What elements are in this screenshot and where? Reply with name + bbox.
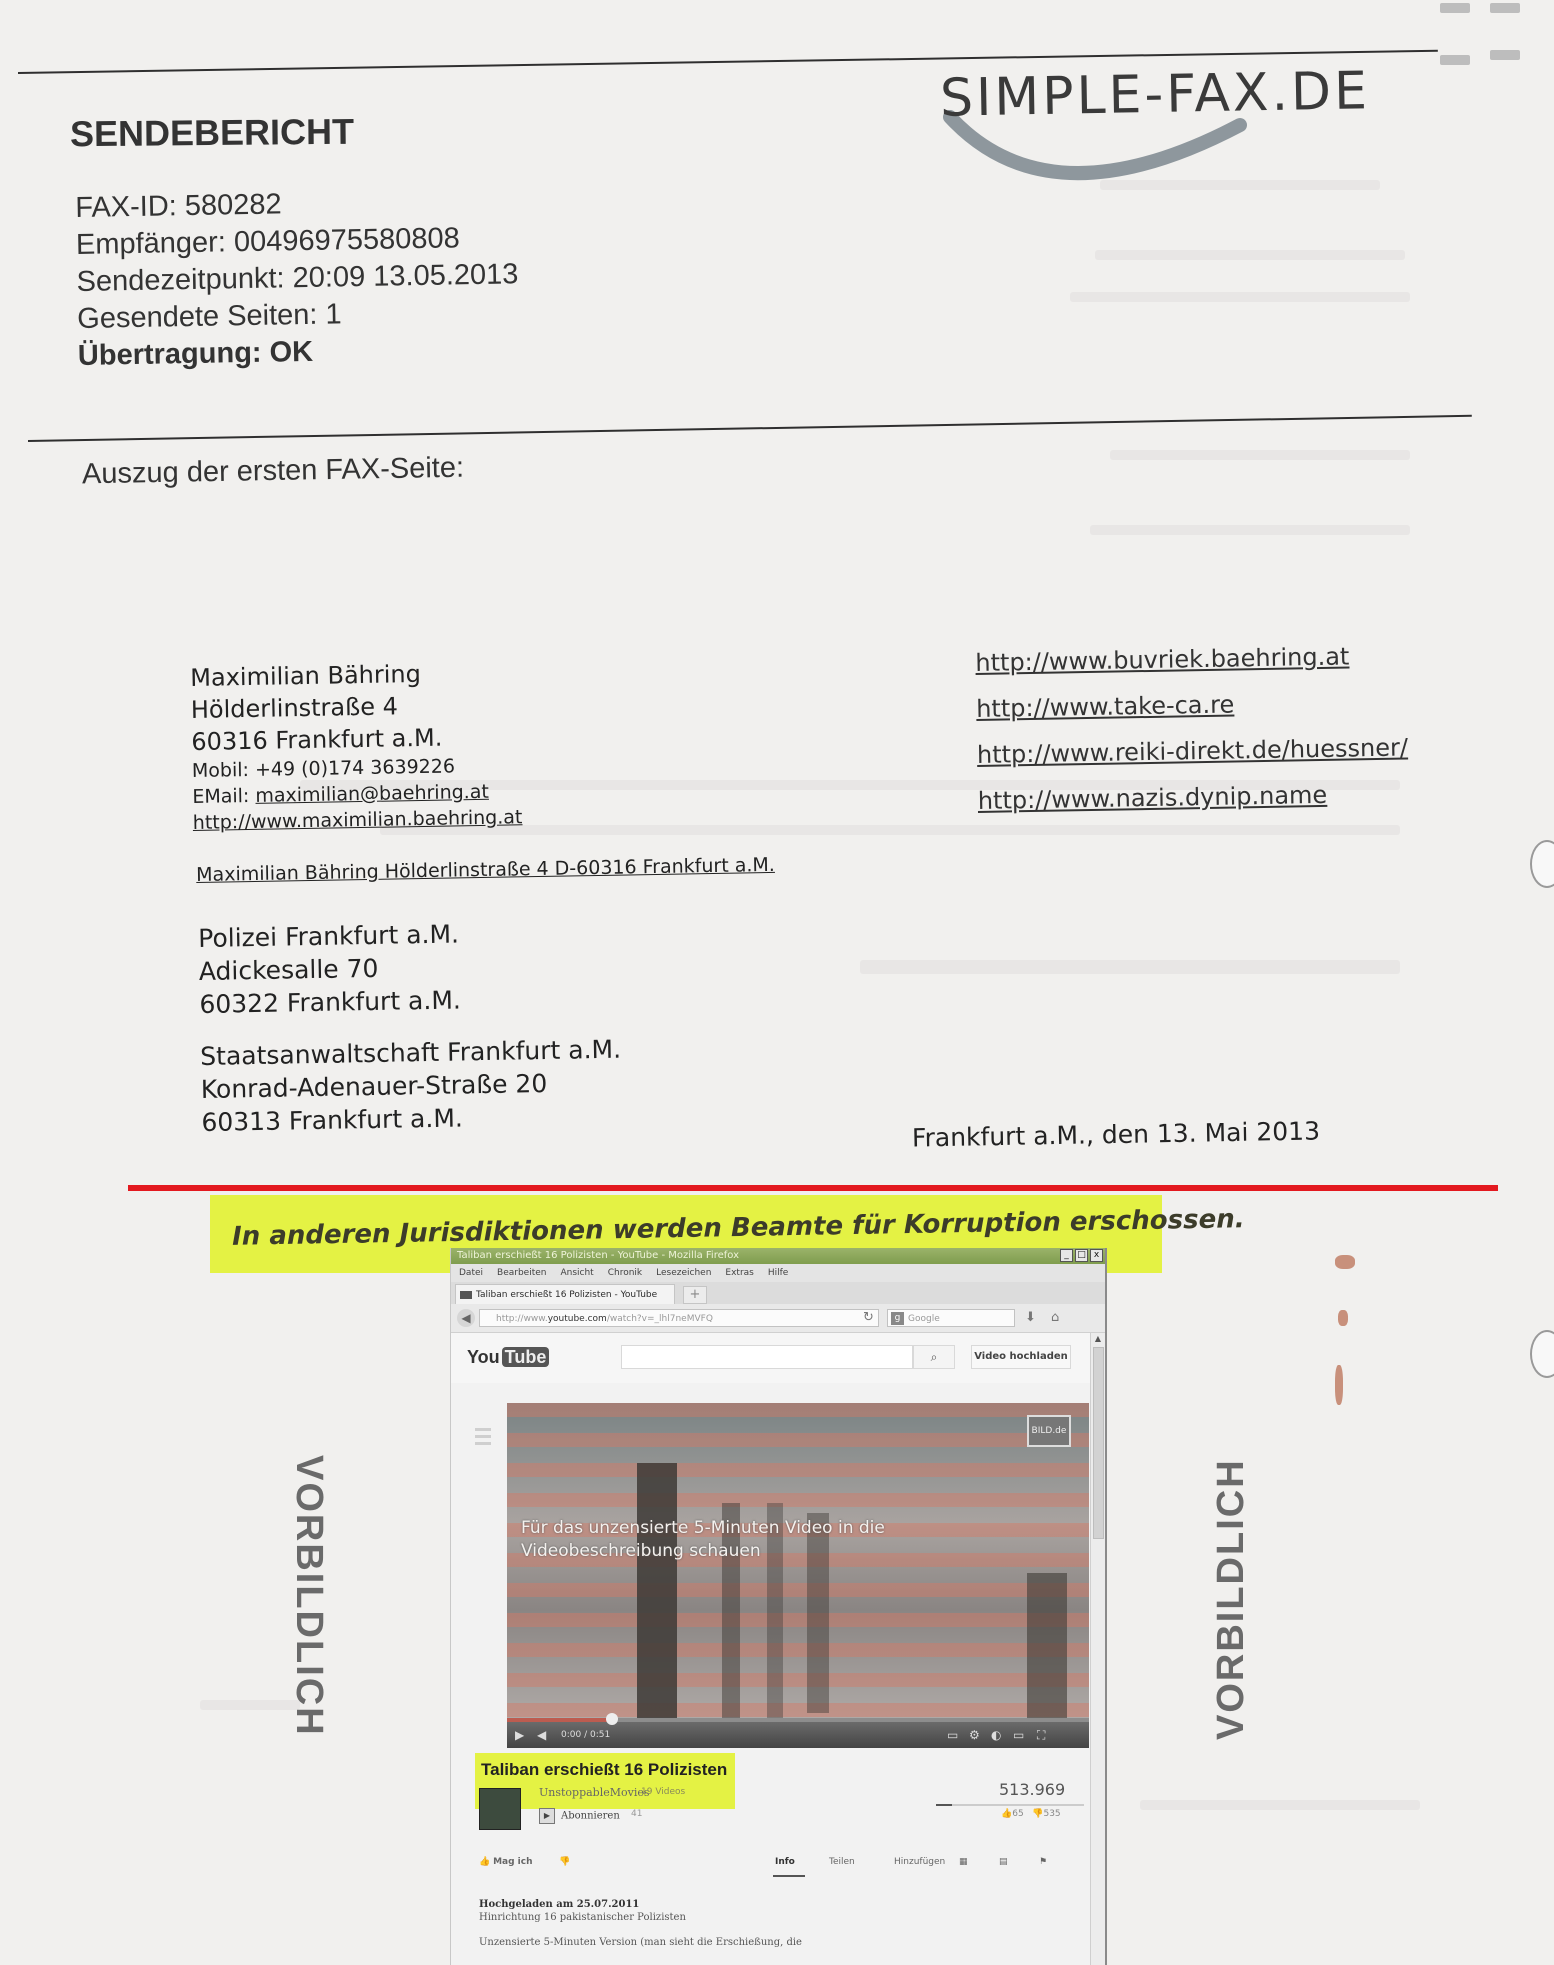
video-player[interactable]: BILD.de Für das unzensierte 5-Minuten Vi… — [507, 1403, 1089, 1748]
punch-hole — [1530, 840, 1554, 888]
play-icon[interactable]: ▶ — [515, 1728, 524, 1742]
menu-datei[interactable]: Datei — [459, 1264, 483, 1282]
video-frame-figure — [1027, 1573, 1067, 1723]
logo-text: SIMPLE-FAX.DE — [940, 61, 1371, 128]
channel-video-count: 19 Videos — [641, 1787, 685, 1797]
home-icon[interactable]: ⌂ — [1051, 1310, 1059, 1325]
menu-lesezeichen[interactable]: Lesezeichen — [656, 1264, 711, 1282]
like-dislike-counts: 👍65 👎535 — [1001, 1809, 1061, 1819]
minimize-button[interactable]: _ — [1060, 1249, 1073, 1262]
send-time: Sendezeitpunkt: 20:09 13.05.2013 — [76, 256, 518, 301]
theater-mode-icon[interactable]: ▭ — [1013, 1728, 1024, 1742]
channel-avatar[interactable] — [479, 1788, 521, 1830]
youtube-search-input[interactable] — [621, 1345, 913, 1369]
search-icon[interactable]: ⌕ — [913, 1345, 955, 1369]
stain-mark — [1335, 1255, 1355, 1269]
scroll-thumb[interactable] — [1093, 1347, 1104, 1539]
channel-name[interactable]: UnstoppableMovies — [539, 1786, 650, 1799]
new-tab-button[interactable]: + — [683, 1286, 707, 1304]
menu-chronik[interactable]: Chronik — [608, 1264, 642, 1282]
thumbs-down-icon: 👎 — [1032, 1809, 1043, 1819]
scrub-handle[interactable] — [606, 1713, 618, 1725]
menu-extras[interactable]: Extras — [725, 1264, 753, 1282]
back-arrow-icon[interactable]: ◀ — [457, 1309, 475, 1327]
side-label-right: VORBILDLICH — [1210, 1458, 1253, 1740]
video-title: Taliban erschießt 16 Polizisten — [481, 1760, 727, 1780]
divider — [28, 415, 1472, 442]
menu-ansicht[interactable]: Ansicht — [560, 1264, 593, 1282]
captions-icon[interactable]: ▭ — [947, 1728, 958, 1742]
bleed-through-text — [860, 960, 1400, 974]
scrollbar[interactable]: ▲ — [1090, 1333, 1105, 1965]
recipient-prosecutor: Staatsanwaltschaft Frankfurt a.M. Konrad… — [200, 1033, 622, 1139]
progress-fill — [507, 1718, 612, 1722]
tab-info[interactable]: Info — [775, 1857, 795, 1867]
reload-icon[interactable]: ↻ — [863, 1310, 874, 1325]
scan-mark — [1490, 50, 1520, 60]
youtube-header: YouTube ⌕ Video hochladen — [451, 1333, 1091, 1383]
dislike-button[interactable]: 👎 — [559, 1857, 570, 1867]
browser-window: Taliban erschießt 16 Polizisten - YouTub… — [450, 1248, 1107, 1965]
bleed-through-text — [200, 1700, 300, 1710]
tab-share[interactable]: Teilen — [829, 1857, 855, 1867]
subscriber-count: 41 — [631, 1809, 642, 1819]
bleed-through-text — [1095, 250, 1405, 260]
like-ratio-bar — [936, 1804, 1084, 1806]
youtube-logo[interactable]: YouTube — [467, 1347, 549, 1368]
banner-text: In anderen Jurisdiktionen werden Beamte … — [232, 1204, 1245, 1252]
upload-button[interactable]: Video hochladen — [971, 1345, 1071, 1369]
subscribe-button[interactable]: ▶Abonnieren — [539, 1808, 620, 1824]
transmission-status: Übertragung: OK — [78, 330, 520, 375]
thumbs-up-icon: 👍 — [1001, 1809, 1012, 1819]
subscribe-icon: ▶ — [539, 1808, 555, 1824]
close-button[interactable]: x — [1090, 1249, 1103, 1262]
action-row: 👍 Mag ich 👎 Info Teilen Hinzufügen ▦ ▤ ⚑ — [479, 1853, 1065, 1877]
recipient-police: Polizei Frankfurt a.M. Adickesalle 70 60… — [198, 917, 461, 1021]
link-item[interactable]: http://www.reiki-direkt.de/huessner/ — [977, 724, 1409, 778]
stain-mark — [1335, 1365, 1343, 1405]
tab-bar: Taliban erschießt 16 Polizisten - YouTub… — [451, 1282, 1105, 1304]
stain-mark — [1338, 1310, 1348, 1326]
video-controls: ▶ ◀ 0:00 / 0:51 ▭ ⚙ ◐ ▭ ⛶ — [507, 1722, 1089, 1748]
time-display: 0:00 / 0:51 — [561, 1730, 610, 1740]
red-separator — [128, 1185, 1498, 1191]
search-bar[interactable]: g Google — [887, 1309, 1015, 1327]
side-label-left: VORBILDLICH — [287, 1455, 330, 1737]
url-bar[interactable]: http://www.youtube.com/watch?v=_lhl7neMV… — [479, 1309, 879, 1327]
active-tab-indicator — [773, 1875, 805, 1877]
email-link[interactable]: maximilian@baehring.at — [255, 781, 489, 807]
excerpt-label: Auszug der ersten FAX-Seite: — [82, 452, 465, 492]
maximize-button[interactable]: □ — [1075, 1249, 1088, 1262]
punch-hole — [1530, 1330, 1554, 1378]
browser-tab[interactable]: Taliban erschießt 16 Polizisten - YouTub… — [455, 1284, 675, 1304]
youtube-favicon-icon — [460, 1291, 472, 1299]
video-watermark: BILD.de — [1027, 1415, 1071, 1447]
stats-icon[interactable]: ▦ — [959, 1857, 968, 1867]
video-description: Hochgeladen am 25.07.2011 Hinrichtung 16… — [479, 1898, 802, 1949]
scroll-up-icon[interactable]: ▲ — [1091, 1333, 1105, 1345]
upload-date: Hochgeladen am 25.07.2011 — [479, 1898, 802, 1911]
google-icon: g — [891, 1312, 904, 1325]
bleed-through-text — [1110, 450, 1410, 460]
window-title: Taliban erschießt 16 Polizisten - YouTub… — [457, 1250, 739, 1261]
menu-hilfe[interactable]: Hilfe — [768, 1264, 788, 1282]
date-line: Frankfurt a.M., den 13. Mai 2013 — [912, 1116, 1320, 1152]
sender-block: Maximilian Bähring Hölderlinstraße 4 603… — [190, 656, 523, 836]
menu-bar: Datei Bearbeiten Ansicht Chronik Lesezei… — [451, 1264, 1105, 1282]
link-item[interactable]: http://www.buvriek.baehring.at — [975, 632, 1407, 686]
report-meta: FAX-ID: 580282 Empfänger: 00496975580808… — [75, 182, 520, 375]
flag-icon[interactable]: ⚑ — [1039, 1857, 1047, 1867]
volume-icon[interactable]: ◀ — [537, 1728, 546, 1742]
transcript-icon[interactable]: ▤ — [999, 1857, 1008, 1867]
navigation-bar: ◀ http://www.youtube.com/watch?v=_lhl7ne… — [451, 1304, 1105, 1333]
download-icon[interactable]: ⬇ — [1025, 1310, 1036, 1325]
bleed-through-text — [1090, 525, 1410, 535]
scan-mark — [1490, 3, 1520, 13]
like-button[interactable]: 👍 Mag ich — [479, 1857, 533, 1867]
bleed-through-text — [380, 825, 1400, 835]
bleed-through-text — [1070, 292, 1410, 302]
bleed-through-text — [1140, 1800, 1420, 1810]
video-frame-figure — [637, 1463, 677, 1743]
fullscreen-icon[interactable]: ⛶ — [1037, 1728, 1045, 1743]
return-address: Maximilian Bähring Hölderlinstraße 4 D-6… — [196, 854, 775, 886]
window-titlebar: Taliban erschießt 16 Polizisten - YouTub… — [451, 1248, 1105, 1264]
report-title: SENDEBERICHT — [70, 111, 354, 155]
view-count: 513.969 — [999, 1780, 1065, 1799]
simple-fax-logo: SIMPLE-FAX.DE — [940, 55, 1460, 195]
tab-add[interactable]: Hinzufügen — [894, 1857, 945, 1867]
scan-mark — [1440, 3, 1470, 13]
link-item[interactable]: http://www.nazis.dynip.name — [977, 770, 1409, 824]
guide-menu-icon[interactable] — [475, 1428, 491, 1449]
quality-gear-icon[interactable]: ⚙ — [969, 1728, 980, 1742]
link-item[interactable]: http://www.take-ca.re — [976, 678, 1408, 732]
link-list: http://www.buvriek.baehring.at http://ww… — [975, 632, 1409, 823]
menu-bearbeiten[interactable]: Bearbeiten — [497, 1264, 546, 1282]
video-annotation: Für das unzensierte 5-Minuten Video in d… — [521, 1517, 1041, 1563]
annotations-icon[interactable]: ◐ — [991, 1728, 1001, 1742]
